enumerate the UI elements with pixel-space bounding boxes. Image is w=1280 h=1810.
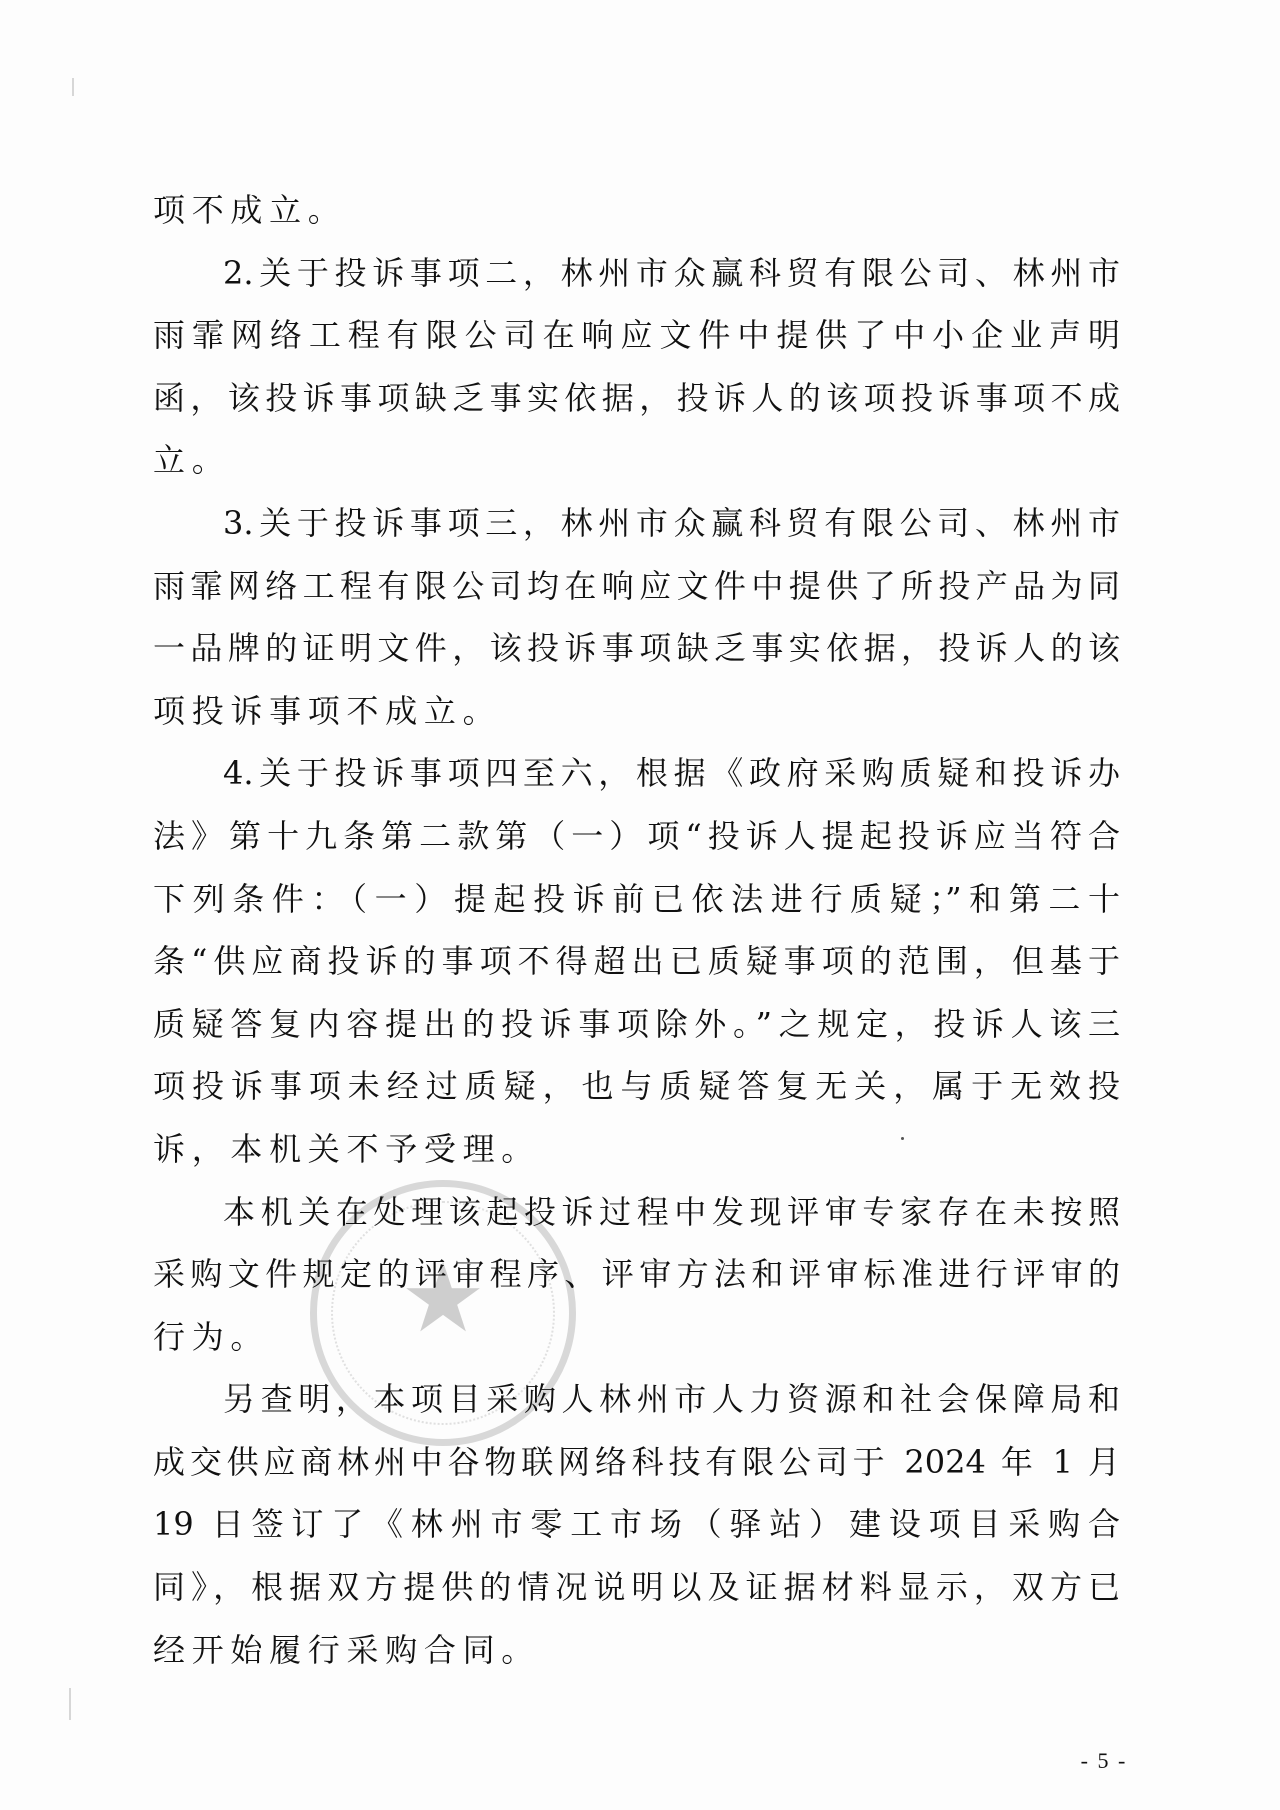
text-line: 同》，根据双方提供的情况说明以及证据材料显示，双方已 xyxy=(153,1556,1120,1619)
margin-mark-bottom xyxy=(69,1688,71,1720)
paragraph-first-line: 2.关于投诉事项二，林州市众赢科贸有限公司、林州市 xyxy=(153,242,1120,305)
paragraph-first-line: 4.关于投诉事项四至六，根据《政府采购质疑和投诉办 xyxy=(153,742,1120,805)
paragraph-first-line: 另查明，本项目采购人林州市人力资源和社会保障局和 xyxy=(153,1368,1120,1431)
text-line: 采购文件规定的评审程序、评审方法和评审标准进行评审的 xyxy=(153,1243,1120,1306)
text-line: 下列条件：（一）提起投诉前已依法进行质疑；”和第二十 xyxy=(153,868,1120,931)
text-line: 函，该投诉事项缺乏事实依据，投诉人的该项投诉事项不成 xyxy=(153,367,1120,430)
paragraph-first-line: 本机关在处理该起投诉过程中发现评审专家存在未按照 xyxy=(153,1181,1120,1244)
document-page: ★ 项不成立。2.关于投诉事项二，林州市众赢科贸有限公司、林州市雨霏网络工程有限… xyxy=(0,0,1280,1810)
paragraph-first-line: 3.关于投诉事项三，林州市众赢科贸有限公司、林州市 xyxy=(153,492,1120,555)
text-line: 立。 xyxy=(153,429,1120,492)
text-line: 一品牌的证明文件，该投诉事项缺乏事实依据，投诉人的该 xyxy=(153,617,1120,680)
text-line: 诉，本机关不予受理。 xyxy=(153,1118,1120,1181)
text-line: 项不成立。 xyxy=(153,179,1120,242)
text-line: 雨霏网络工程有限公司均在响应文件中提供了所投产品为同 xyxy=(153,555,1120,618)
text-line: 项投诉事项未经过质疑，也与质疑答复无关，属于无效投 xyxy=(153,1055,1120,1118)
document-body: 项不成立。2.关于投诉事项二，林州市众赢科贸有限公司、林州市雨霏网络工程有限公司… xyxy=(153,179,1120,1681)
text-line: 雨霏网络工程有限公司在响应文件中提供了中小企业声明 xyxy=(153,304,1120,367)
text-line: 成交供应商林州中谷物联网络科技有限公司于 2024 年 1 月 xyxy=(153,1431,1120,1494)
text-line: 19 日签订了《林州市零工市场（驿站）建设项目采购合 xyxy=(153,1493,1120,1556)
text-line: 质疑答复内容提出的投诉事项除外。”之规定，投诉人该三 xyxy=(153,993,1120,1056)
margin-mark-top xyxy=(72,78,74,96)
text-line: 项投诉事项不成立。 xyxy=(153,680,1120,743)
text-line: 行为。 xyxy=(153,1306,1120,1369)
text-line: 经开始履行采购合同。 xyxy=(153,1619,1120,1682)
text-line: 条“供应商投诉的事项不得超出已质疑事项的范围，但基于 xyxy=(153,930,1120,993)
page-number: - 5 - xyxy=(1060,1748,1146,1774)
text-line: 法》第十九条第二款第（一）项“投诉人提起投诉应当符合 xyxy=(153,805,1120,868)
